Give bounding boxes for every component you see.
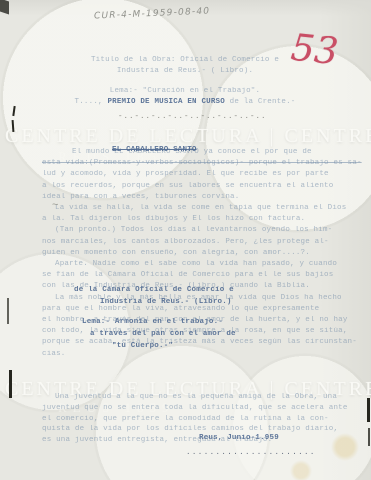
overstamp-camara: de la Cámara Oficial de Comercio e xyxy=(74,286,234,294)
body-line: porque se acaba, está la tristeza más a … xyxy=(42,337,362,348)
footer-line: juventud que no se entera toda la dificu… xyxy=(42,403,348,414)
tema-line: T...., PREMIO DE MUSICA EN CURSO de la C… xyxy=(50,97,320,108)
header-gap xyxy=(50,76,320,86)
footer-line: quista de la vida por los difíciles cami… xyxy=(42,424,348,435)
corner-ink-mark xyxy=(0,0,9,14)
ink-mark xyxy=(12,106,15,116)
body-text: El mundo EL CABALLERO SANTO ya conoce el… xyxy=(42,147,362,360)
body-line: a la. Tal dijeron los dibujos y El los h… xyxy=(42,214,362,225)
body-line: cias. xyxy=(42,349,362,360)
edge-ink-mark xyxy=(368,428,370,446)
document-header: Título de la Obra: Oficial de Comercio e… xyxy=(50,55,320,107)
tema-suffix: de la Crente.- xyxy=(230,98,296,106)
body-line: nos marciales, los cantos alborozados. P… xyxy=(42,237,362,248)
body-line: La vida se halla, la vida se come en tap… xyxy=(55,203,362,214)
title-line-2: Industria de Reus.- ( Libro). xyxy=(50,66,320,77)
tema-highlight: PREMIO DE MUSICA EN CURSO xyxy=(107,98,225,106)
body-line: (Tan pronto.) Todos los días al levantar… xyxy=(55,225,362,236)
header-divider: -..-..-..-..-..-..-..-..-.. xyxy=(118,113,267,121)
scanned-document-page: CUR-4-M-1959-08-40 53 Título de la Obra:… xyxy=(0,0,371,480)
footer-line: el comercio, que prefiere la comodidad d… xyxy=(42,414,348,425)
signature-dots: ...................... xyxy=(186,449,316,457)
body-line: lud y acomodo, vida y prosperidad. El qu… xyxy=(42,169,362,180)
body-line: se fían de la Cámara Oficial de Comercio… xyxy=(42,270,362,281)
body-line: Aparte. Nadie como el sabe como la vida … xyxy=(55,259,362,270)
body-line: a los recuerdos, porque en sus labores s… xyxy=(42,181,362,192)
title-line-1: Título de la Obra: Oficial de Comercio e xyxy=(50,55,320,66)
ink-mark xyxy=(12,120,15,132)
overstamp-industria: Industria de Reus.- (Libro.) xyxy=(100,298,232,306)
footer-line: Una juventud a la que no es la pequeña a… xyxy=(55,392,348,403)
overstamp-lema: Lema:- Armonía en el trabajo.- xyxy=(82,318,223,326)
ink-mark xyxy=(9,370,12,398)
closing-paragraph: Una juventud a la que no es la pequeña a… xyxy=(42,392,348,446)
footer-line: es una juventud entregista, entregada al… xyxy=(42,435,348,446)
watermark-banner-top: CENTRE DE LECTURA | CENTRE D xyxy=(5,125,371,148)
ink-mark xyxy=(7,298,9,324)
overstamp-caballero: EL CABALLERO SANTO xyxy=(112,146,197,154)
body-line: esta vida:(Promesas-y-verbos-sociológico… xyxy=(42,158,362,169)
pencil-squiggle: ~ xyxy=(52,199,58,211)
lema-line: Lema:- "Curación en el Trabajo". xyxy=(50,86,320,97)
overstamp-pan: a través del pan con el amor de xyxy=(90,330,236,338)
tema-prefix: T...., xyxy=(75,98,103,106)
date-stamp: Reus, Junio-1.959 xyxy=(199,434,279,442)
body-line: ideal para con a veces, tiburones corvin… xyxy=(42,192,362,203)
edge-ink-mark xyxy=(367,398,370,422)
archival-code: CUR-4-M-1959-08-40 xyxy=(94,6,211,21)
body-line: guien en momento con ensueño, con alegrí… xyxy=(42,248,362,259)
overstamp-cuerpo: "tu Cuerpo.-" xyxy=(112,342,173,350)
